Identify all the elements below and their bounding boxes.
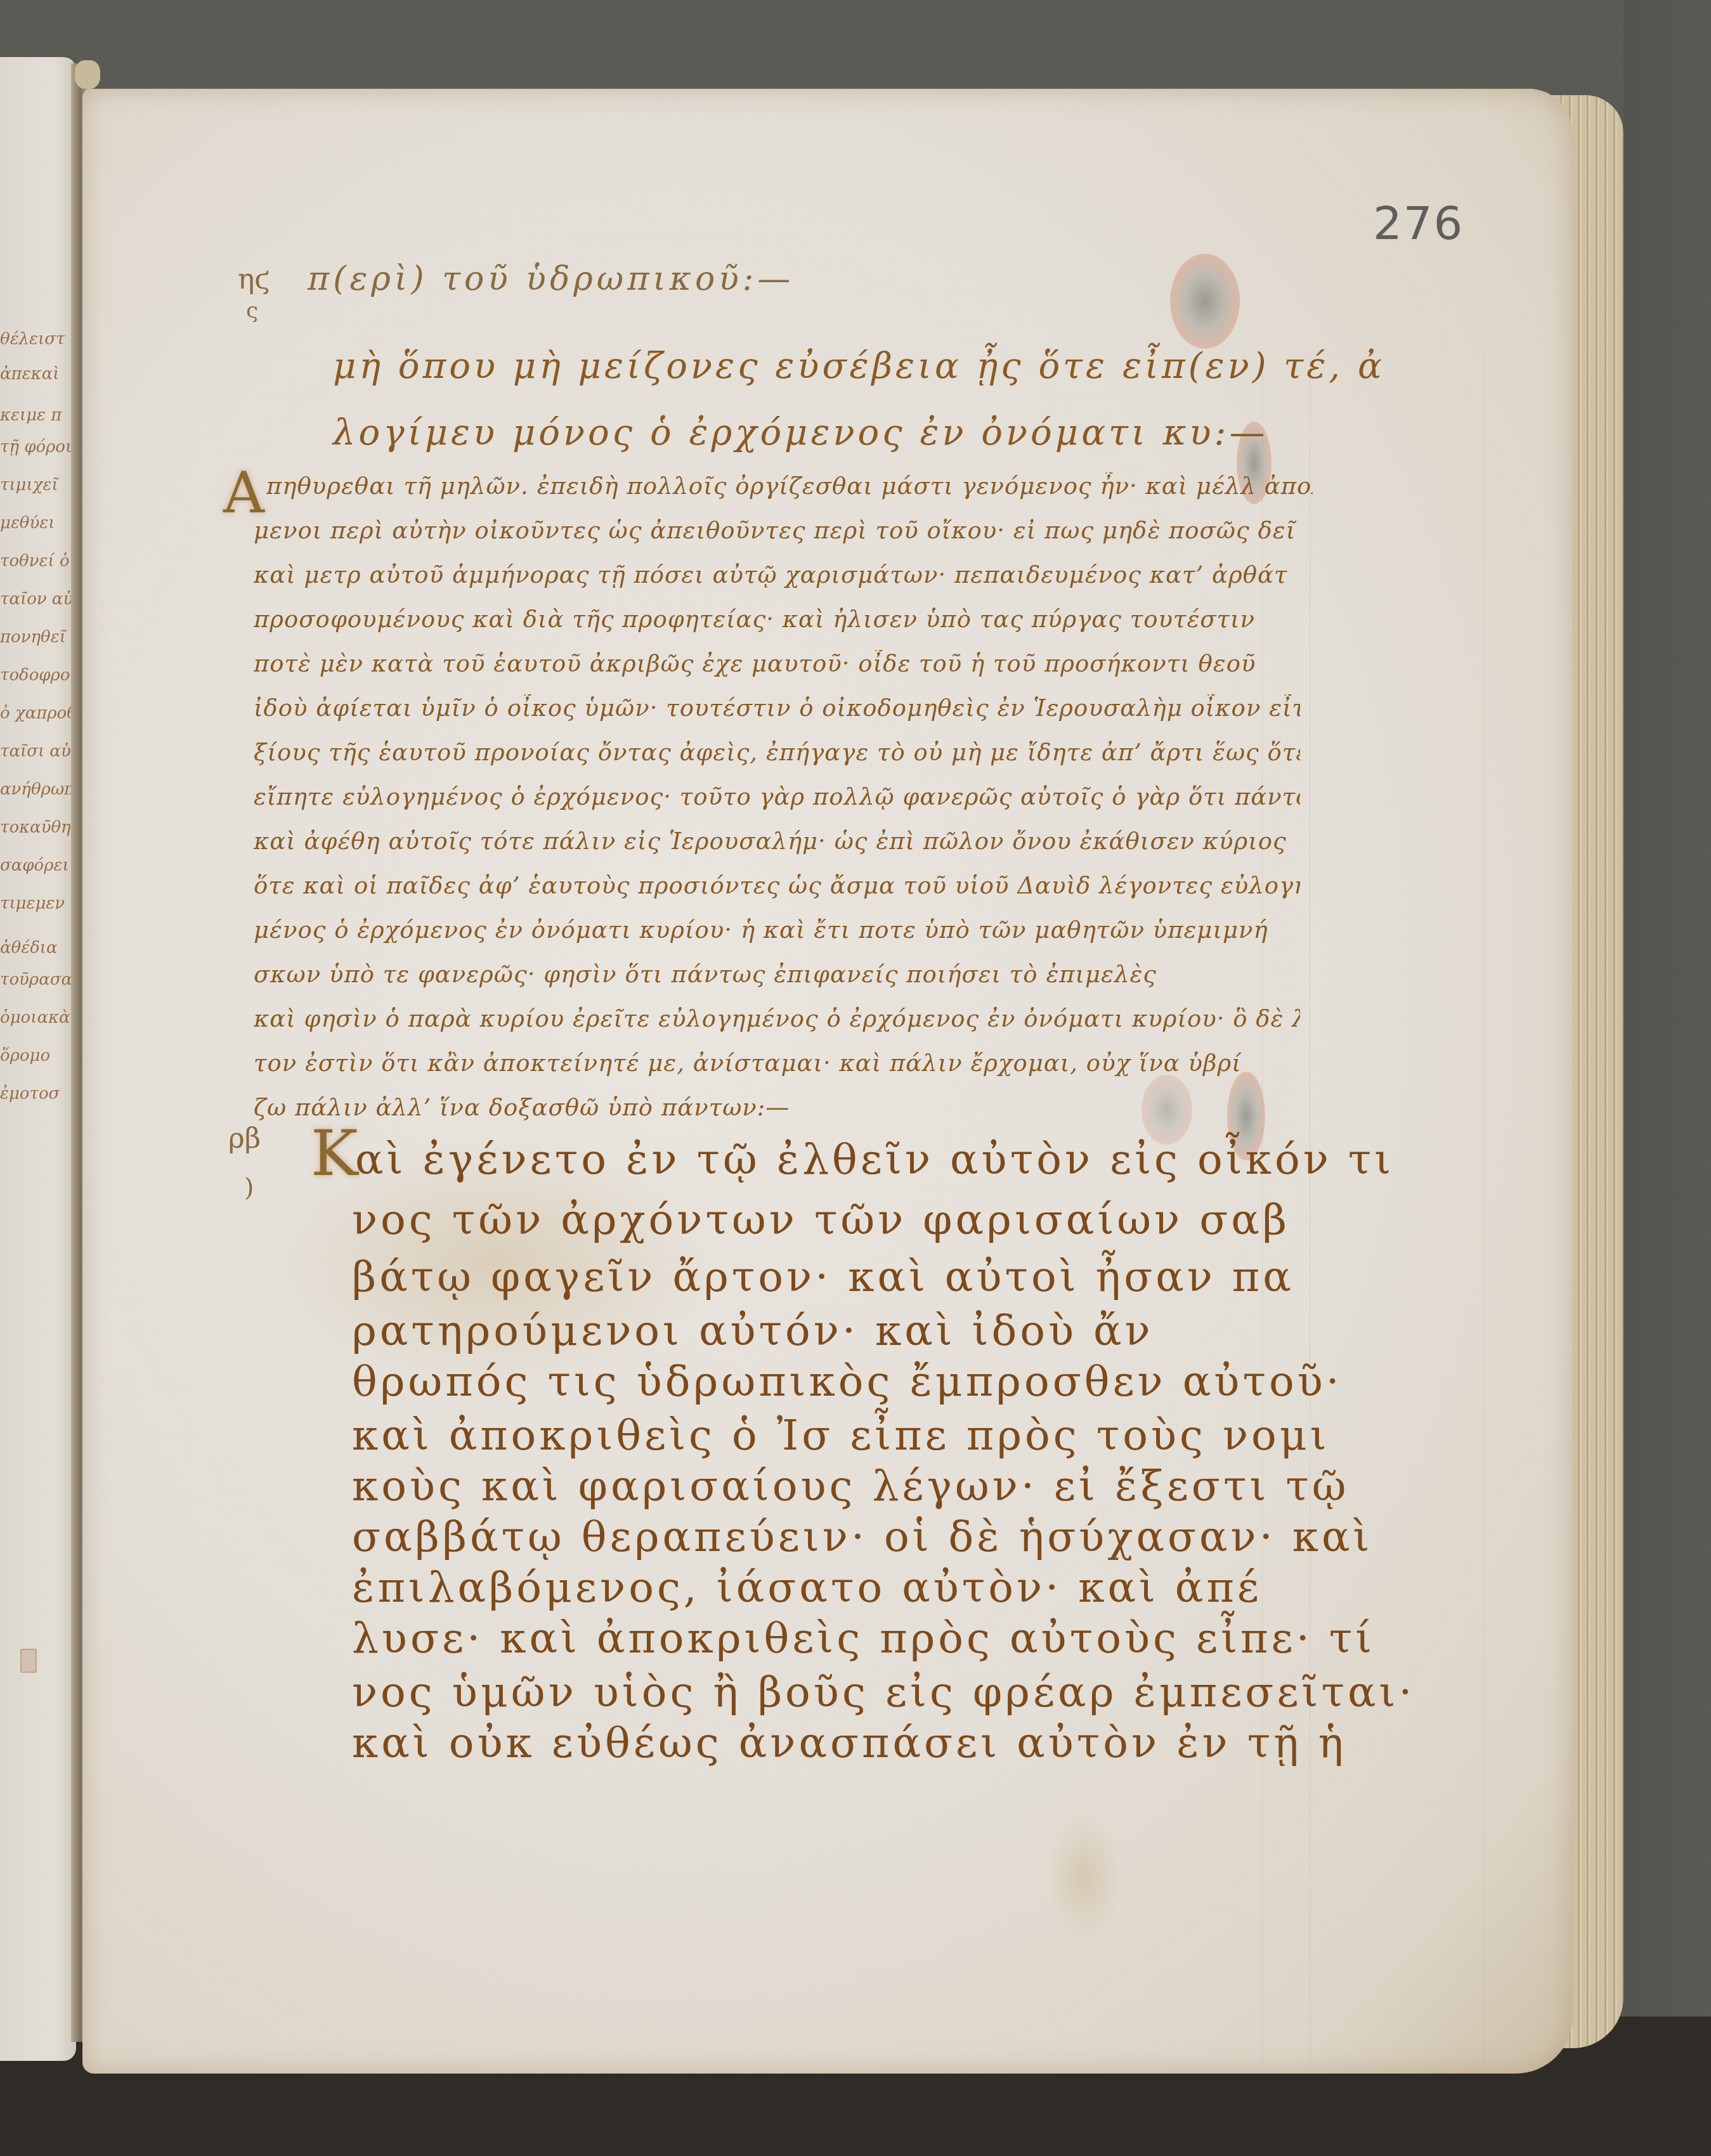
left-page-text: ἀπεκαὶ xyxy=(0,365,59,384)
commentary-line: πηθυρεθαι τῆ μηλῶν. ἐπειδὴ πολλοῖς ὀργίζ… xyxy=(266,472,1313,500)
gospel-line: αὶ ἐγένετο ἐν τῷ ἐλθεῖν αὐτὸν εἰς οἶκόν … xyxy=(355,1135,1394,1184)
left-page-text: πονηθεῖ xyxy=(0,628,66,647)
commentary-line: προσοφουμένους καὶ διὰ τῆς προφητείας· κ… xyxy=(254,606,1300,633)
chapter-sub-marker: ς xyxy=(246,298,258,323)
left-page-text: κειμε π xyxy=(0,406,62,425)
binding-thread xyxy=(75,60,100,89)
left-page-text: τοῦρασαι xyxy=(0,970,76,989)
left-page-text: ἀθέδια xyxy=(0,938,58,958)
gospel-line: καὶ ἀποκριθεὶς ὁ Ἰσ εἶπε πρὸς τοὺς νομι xyxy=(352,1411,1330,1460)
text-initial: Κ xyxy=(311,1116,358,1190)
section-sub-marker: ) xyxy=(244,1173,254,1202)
left-page-text: τῇ φόρου xyxy=(0,438,75,457)
ornament-mark xyxy=(1170,254,1240,349)
lemma-line: λογίμευ μόνος ὁ ἐρχόμενος ἐν ὀνόματι κυ:… xyxy=(333,412,1268,453)
commentary-line: εἴπητε εὐλογημένος ὁ ἐρχόμενος· τοῦτο γὰ… xyxy=(254,783,1300,810)
commentary-line: σκων ὑπὸ τε φανερῶς· φησὶν ὅτι πάντως ἐπ… xyxy=(254,961,1300,988)
left-page-text: ὅρομο xyxy=(0,1046,50,1065)
gospel-line: νος τῶν ἀρχόντων τῶν φαρισαίων σαβ xyxy=(352,1195,1290,1244)
commentary-line: καὶ μετρ αὐτοῦ ἀμμήνορας τῇ πόσει αὐτῷ χ… xyxy=(254,561,1300,588)
chapter-title: π(ερὶ) τοῦ ὑδρωπικοῦ:— xyxy=(308,260,794,298)
gospel-line: νος ὑμῶν υἱὸς ἢ βοῦς εἰς φρέαρ ἐμπεσεῖτα… xyxy=(352,1668,1415,1717)
ruling-line xyxy=(1310,355,1310,2067)
left-page-text: ὁμοιακὰ xyxy=(0,1008,70,1027)
left-page-stamp xyxy=(20,1649,37,1673)
gospel-line: κοὺς καὶ φαρισαίους λέγων· εἰ ἔξεστι τῷ xyxy=(352,1462,1350,1510)
photo-backdrop-right xyxy=(1623,0,1711,2156)
gospel-line: θρωπός τις ὑδρωπικὸς ἔμπροσθεν αὐτοῦ· xyxy=(352,1357,1343,1406)
gospel-line: βάτῳ φαγεῖν ἄρτον· καὶ αὐτοὶ ἦσαν πα xyxy=(352,1252,1294,1301)
left-page-fragment: θέλειστ ἀπὸ ἀπεκαὶ κειμε π τῇ φόρου τιμι… xyxy=(0,57,76,2061)
gospel-line: καὶ οὐκ εὐθέως ἀνασπάσει αὐτὸν ἐν τῇ ἡ xyxy=(352,1718,1346,1767)
lemma-line: μὴ ὅπου μὴ μείζονες εὐσέβεια ᾖς ὅτε εἶπ(… xyxy=(333,346,1385,387)
commentary-line: ξίους τῆς ἑαυτοῦ προνοίας ὄντας ἀφεὶς, ἐ… xyxy=(254,739,1300,766)
left-page-text: τιμεμεν xyxy=(0,894,65,913)
left-page-text: τιμιχεῖ xyxy=(0,476,58,495)
gospel-line: σαββάτῳ θεραπεύειν· οἱ δὲ ἡσύχασαν· καὶ xyxy=(352,1512,1372,1561)
left-page-text: μεθύει xyxy=(0,514,55,533)
commentary-line: ποτὲ μὲν κατὰ τοῦ ἑαυτοῦ ἀκριβῶς ἐχε μαυ… xyxy=(254,650,1300,677)
left-page-text: τοθνεί ὁ xyxy=(0,552,70,571)
left-page-text: ταῖον αὐτ xyxy=(0,590,76,609)
commentary-line: μενοι περὶ αὐτὴν οἰκοῦντες ὡς ἀπειθοῦντε… xyxy=(254,517,1300,544)
ruling-line xyxy=(1484,355,1485,2067)
section-marker: ρβ xyxy=(228,1122,261,1155)
left-page-text: τοδοφρο xyxy=(0,666,70,685)
folio-number: 276 xyxy=(1373,197,1464,250)
commentary-line: καὶ φησὶν ὁ παρὰ κυρίου ἐρεῖτε εὐλογημέν… xyxy=(254,1005,1300,1032)
left-page-text: θέλειστ ἀπὸ xyxy=(0,330,76,349)
left-page-text: ἐμοτοσ xyxy=(0,1084,60,1103)
left-page-text: ὁ χαπροθη xyxy=(0,704,76,723)
left-page-text: σαφόρει xyxy=(0,856,69,875)
commentary-line: μένος ὁ ἐρχόμενος ἐν ὀνόματι κυρίου· ἡ κ… xyxy=(254,916,1300,944)
commentary-line: τον ἐστὶν ὅτι κἂν ἀποκτείνητέ με, ἀνίστα… xyxy=(254,1049,1300,1077)
gospel-line: ρατηρούμενοι αὐτόν· καὶ ἰδοὺ ἄν xyxy=(352,1306,1154,1355)
commentary-line: καὶ ἀφέθη αὐτοῖς τότε πάλιν εἰς Ἱερουσαλ… xyxy=(254,828,1300,855)
gospel-line: λυσε· καὶ ἀποκριθεὶς πρὸς αὐτοὺς εἶπε· τ… xyxy=(352,1614,1375,1663)
left-page-text: τοκαῦθη xyxy=(0,818,71,837)
gospel-line: ἐπιλαβόμενος, ἰάσατο αὐτὸν· καὶ ἀπέ xyxy=(352,1563,1262,1612)
commentary-line: ὅτε καὶ οἱ παῖδες ἀφ’ ἑαυτοὺς προσιόντες… xyxy=(254,872,1300,899)
left-page-text: ταῖσι αὐτῆ xyxy=(0,742,76,761)
left-page-text: ανήθρωπ xyxy=(0,780,75,799)
commentary-line: ζω πάλιν ἀλλ’ ἵνα δοξασθῶ ὑπὸ πάντων:— xyxy=(254,1094,1300,1121)
chapter-marker: ηϛ xyxy=(238,263,270,295)
commentary-line: ἰδοὺ ἀφίεται ὑμῖν ὁ οἶκος ὑμῶν· τουτέστι… xyxy=(254,694,1300,722)
parchment-stain xyxy=(1046,1814,1122,1940)
